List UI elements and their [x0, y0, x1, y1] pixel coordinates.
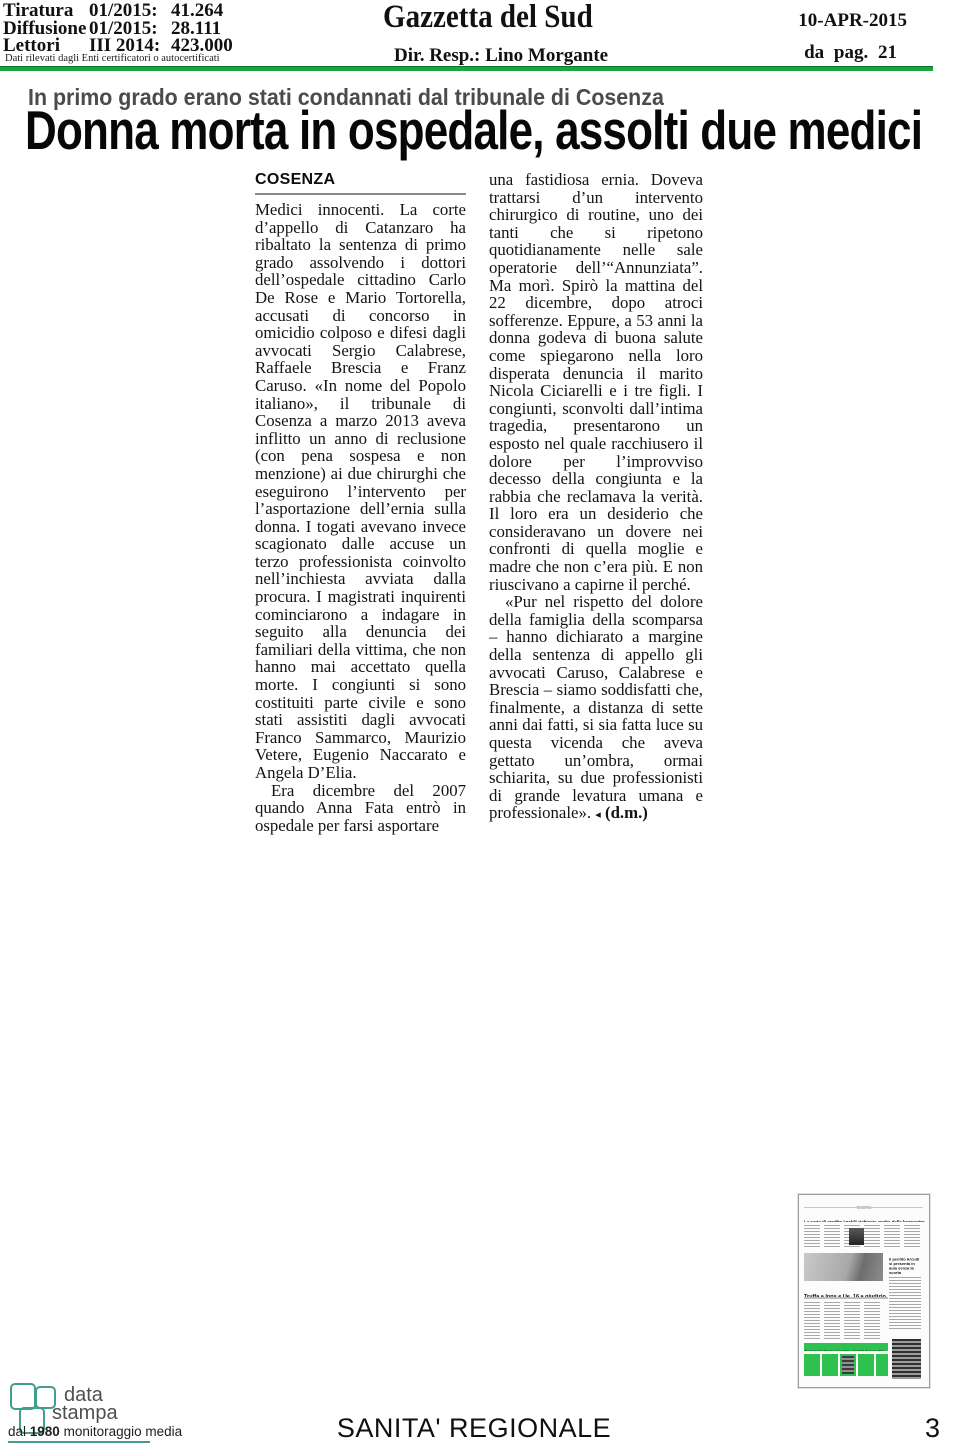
- datastampa-logo-square: [10, 1383, 36, 1410]
- source-page-reference: da pag. 21: [804, 42, 897, 64]
- author-initials: (d.m.): [605, 803, 648, 822]
- source-page-thumbnail: Calabria La carta di credito “gold” rich…: [798, 1194, 930, 1388]
- thumb-text-column: [804, 1302, 820, 1340]
- article-paragraph: Medici innocenti. La corte d’appello di …: [255, 201, 466, 782]
- dateline-rule: [255, 193, 466, 195]
- article-paragraph: una fastidiosa ernia. Doveva trattarsi d…: [489, 171, 703, 593]
- stat-period: III 2014:: [89, 37, 171, 55]
- thumb-highlight-column: [858, 1354, 874, 1376]
- thumb-highlighted-headline: Donna morta in ospedale, assolti due med…: [804, 1343, 888, 1351]
- thumb-text-column: [904, 1225, 920, 1249]
- thumb-text-column: [824, 1225, 840, 1249]
- stat-value: 423.000: [171, 37, 233, 55]
- press-clipping-page: Tiratura 01/2015: 41.264 Diffusione 01/2…: [0, 0, 960, 1450]
- stats-row: Lettori III 2014: 423.000: [3, 37, 233, 55]
- clipping-page-number: 3: [925, 1413, 940, 1444]
- thumb-text-column: [844, 1302, 860, 1340]
- stat-period: 01/2015:: [89, 2, 171, 20]
- thumb-highlight-column: [876, 1354, 888, 1376]
- thumb-folio-rule: [804, 1207, 923, 1208]
- newspaper-masthead: Gazzetta del Sud: [383, 0, 621, 34]
- stat-label: Lettori: [3, 37, 89, 55]
- thumb-subhead-rule: [804, 1297, 888, 1299]
- thumb-highlight-column: [822, 1354, 838, 1376]
- tagline-underline: [8, 1441, 150, 1443]
- thumb-ad-block: [892, 1339, 921, 1379]
- article-paragraph-text: «Pur nel rispetto del dolore della famig…: [489, 592, 703, 822]
- clipping-section-label: SANITA' REGIONALE: [324, 1413, 624, 1444]
- datastampa-logo-word: stampa: [52, 1402, 118, 1425]
- thumb-top-headline: La carta di credito “gold” richiesta anc…: [804, 1214, 925, 1222]
- thumb-text-column: [864, 1225, 880, 1249]
- stats-certification-note: Dati rilevati dagli Enti certificatori o…: [5, 53, 220, 64]
- thumb-portrait-photo: [849, 1228, 864, 1245]
- article-paragraph: Era dicembre del 2007 quando Anna Fata e…: [255, 782, 466, 835]
- circulation-stats: Tiratura 01/2015: 41.264 Diffusione 01/2…: [3, 2, 233, 55]
- thumb-text-column: [824, 1302, 840, 1340]
- stats-row: Tiratura 01/2015: 41.264: [3, 2, 233, 20]
- end-of-article-marker: ◂: [595, 809, 601, 821]
- header-divider-rule: [0, 66, 933, 71]
- issue-date: 10-APR-2015: [798, 10, 907, 32]
- thumb-text-column: [804, 1225, 820, 1249]
- thumb-highlight-column: [804, 1354, 820, 1376]
- thumb-highlight-photo: [842, 1356, 854, 1374]
- stat-value: 41.264: [171, 2, 223, 20]
- thumb-main-photo: [804, 1253, 883, 1281]
- article-column-2: una fastidiosa ernia. Doveva trattarsi d…: [489, 171, 703, 825]
- article-paragraph: «Pur nel rispetto del dolore della famig…: [489, 593, 703, 825]
- thumb-text-column: [884, 1225, 900, 1249]
- stat-label: Tiratura: [3, 2, 89, 20]
- datastampa-tagline: dal 1980 monitoraggio media: [8, 1424, 182, 1439]
- thumb-second-headline: Truffa a Inps e Ue, 16 a giudizio: [804, 1288, 899, 1296]
- masthead-text: Gazzetta del Sud: [383, 0, 593, 34]
- dateline-label: COSENZA: [255, 171, 466, 189]
- article-column-1: COSENZA Medici innocenti. La corte d’app…: [255, 171, 466, 834]
- headline-text: Donna morta in ospedale, assolti due med…: [25, 101, 922, 159]
- thumb-text-column: [864, 1302, 880, 1340]
- director-line: Dir. Resp.: Lino Morgante: [394, 45, 608, 67]
- article-headline: Donna morta in ospedale, assolti due med…: [25, 101, 960, 159]
- thumb-sidebar-text: [889, 1277, 921, 1329]
